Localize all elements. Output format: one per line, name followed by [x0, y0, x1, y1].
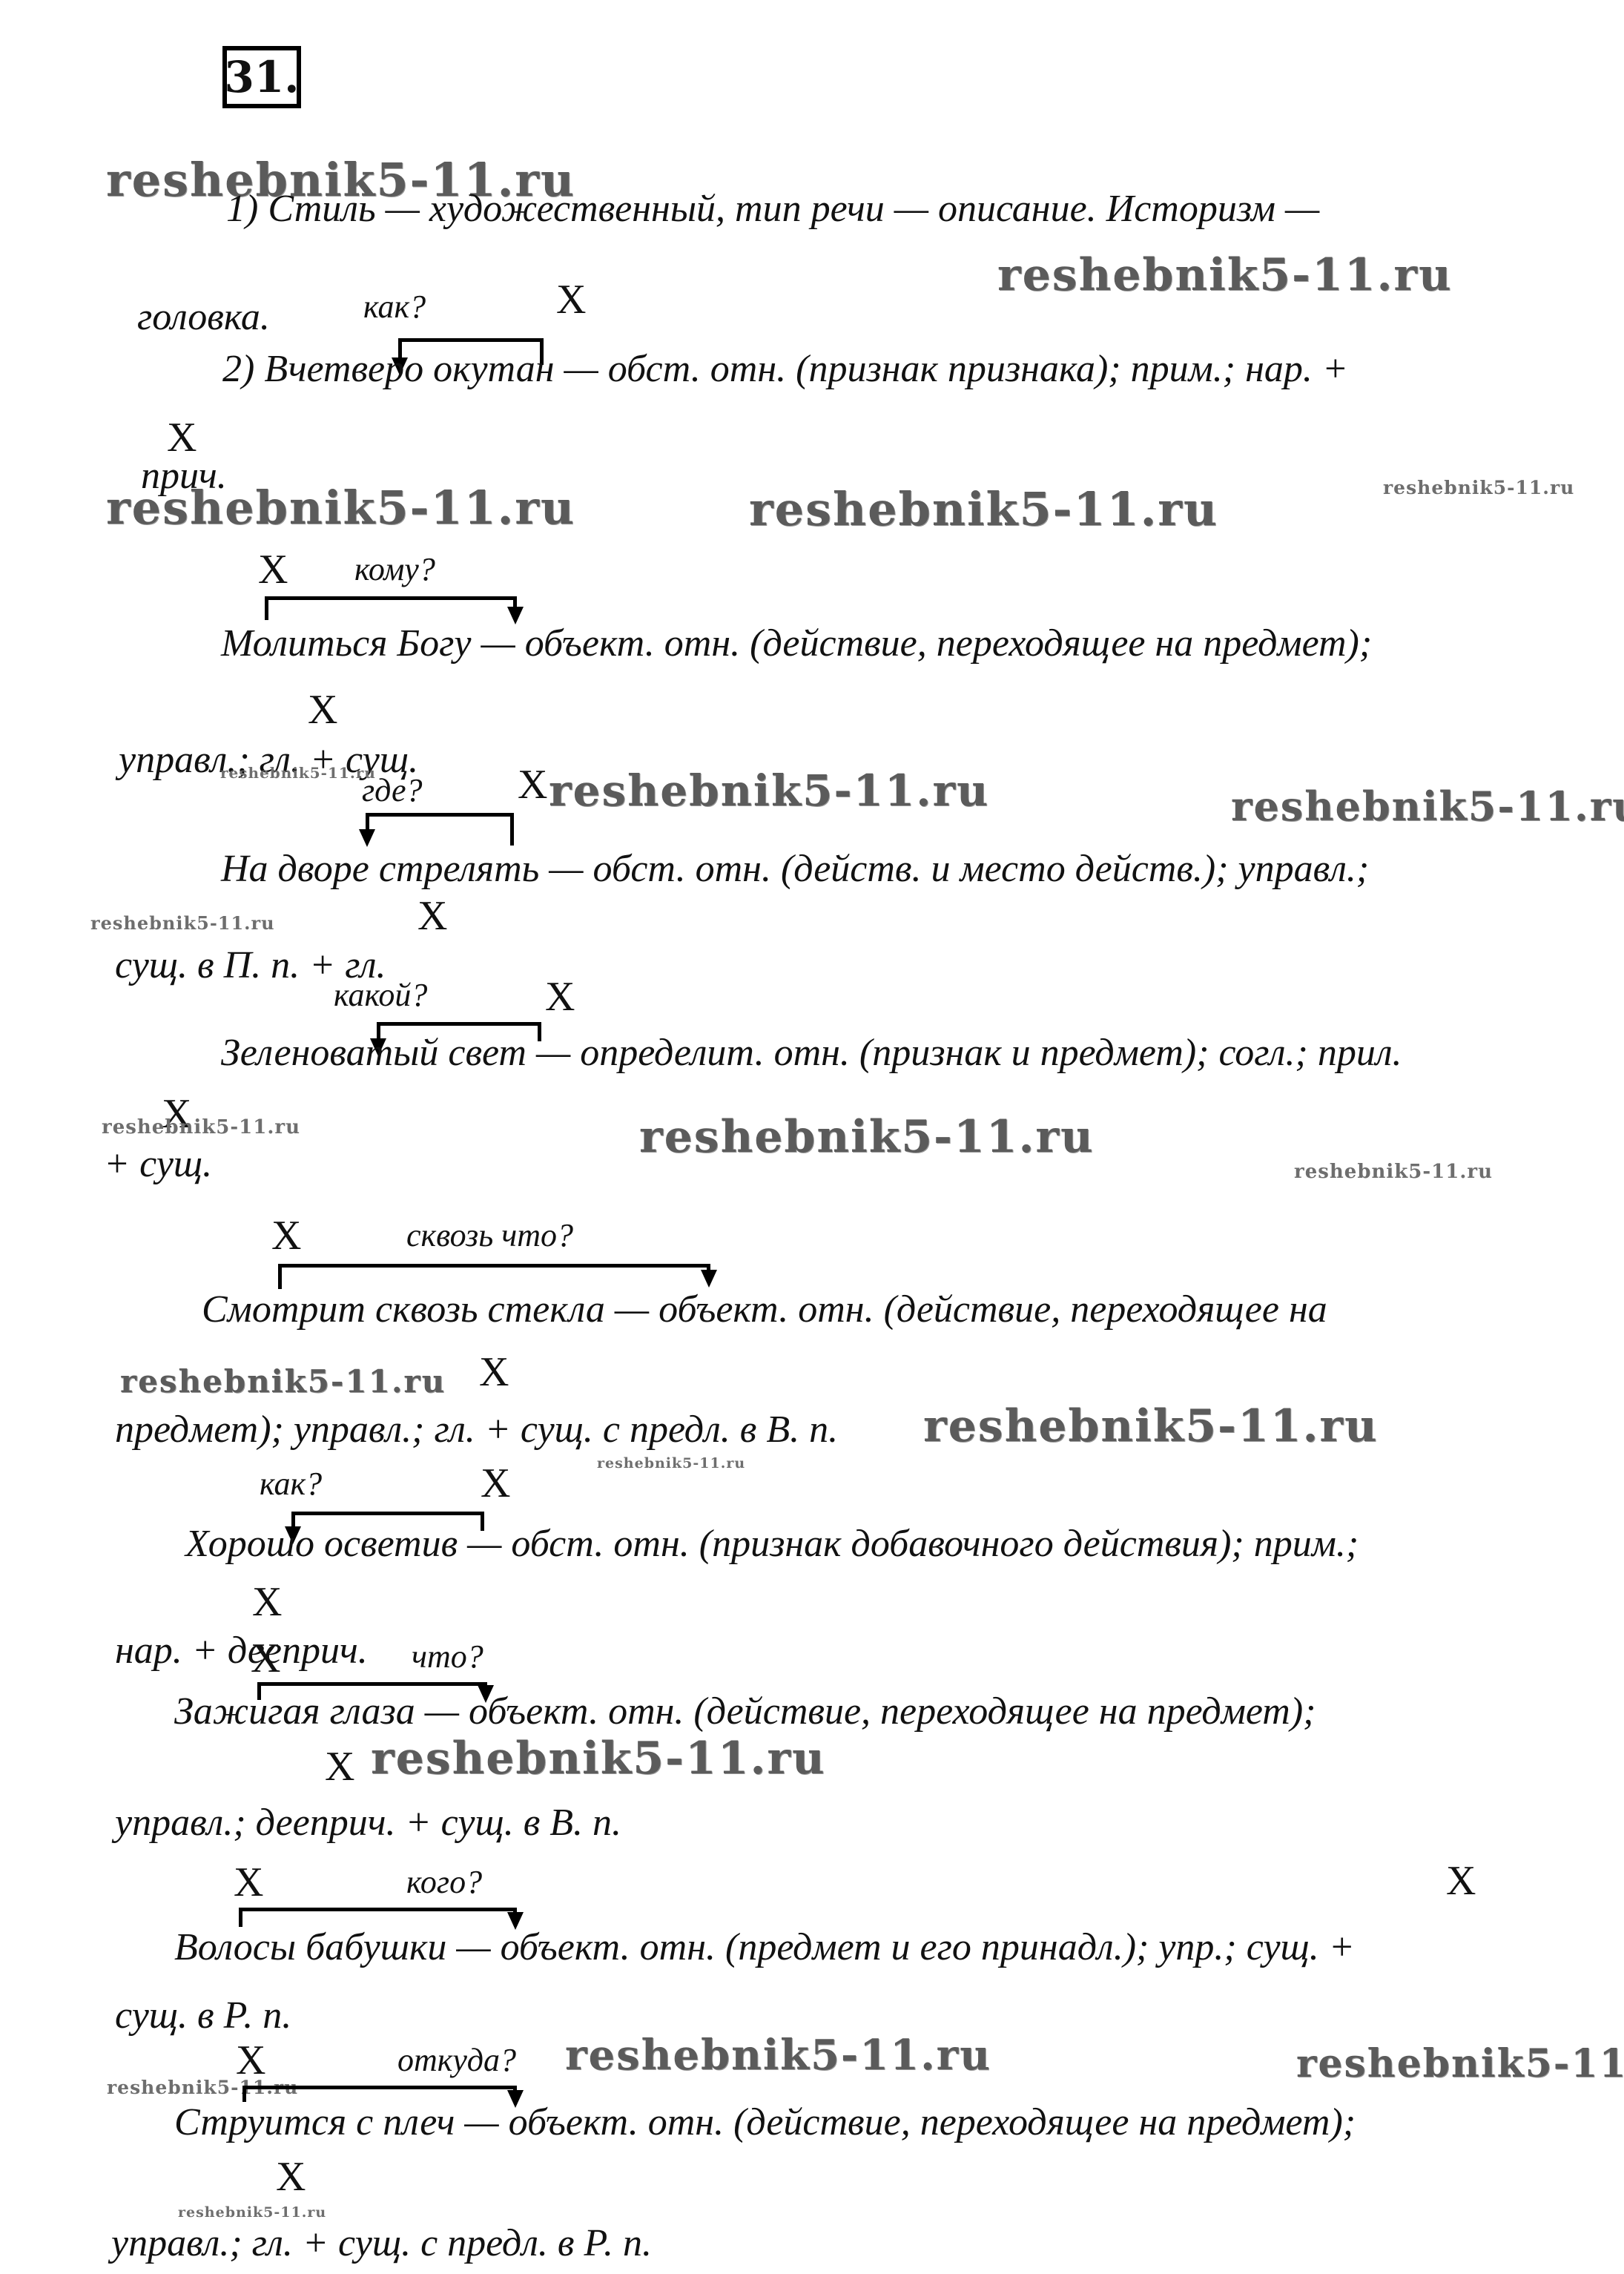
answer-line: управл.; дееприч. + сущ. в В. п. — [115, 1801, 621, 1845]
watermark: reshebnik5-11.ru — [371, 1733, 826, 1784]
watermark: reshebnik5-11.ru — [178, 2204, 326, 2221]
answer-line: управл.; гл. + сущ. с предл. в Р. п. — [111, 2221, 652, 2265]
watermark: reshebnik5-11.ru — [997, 249, 1453, 301]
head-word-marker: X — [325, 1743, 354, 1790]
head-word-marker: X — [1446, 1857, 1476, 1905]
answer-line: Струится с плеч — объект. отн. (действие… — [174, 2100, 1356, 2144]
question-label: сквозь что? — [406, 1216, 573, 1254]
head-word-marker: X — [276, 2153, 306, 2201]
head-word-marker: X — [518, 761, 547, 808]
answer-line: + сущ. — [104, 1142, 212, 1186]
question-label: откуда? — [397, 2041, 516, 2079]
head-word-marker: X — [251, 1635, 280, 1682]
watermark: reshebnik5-11.ru — [639, 1111, 1095, 1163]
answer-line: Зеленоватый свет — определит. отн. (приз… — [221, 1031, 1402, 1075]
answer-line: сущ. в Р. п. — [115, 1994, 291, 2037]
answer-line: 1) Стиль — художественный, тип речи — оп… — [226, 187, 1319, 231]
head-word-marker: X — [252, 1578, 282, 1626]
exercise-number: 31. — [225, 52, 300, 102]
answer-line: Молиться Богу — объект. отн. (действие, … — [221, 622, 1372, 665]
question-label: кому? — [354, 550, 435, 588]
question-label: какой? — [334, 976, 427, 1014]
watermark: reshebnik5-11.ru — [1294, 1161, 1493, 1183]
watermark: reshebnik5-11.ru — [565, 2031, 991, 2080]
watermark: reshebnik5-11.ru — [106, 481, 575, 535]
exercise-number-box: 31. — [222, 46, 301, 108]
head-word-marker: X — [258, 546, 288, 593]
watermark: reshebnik5-11.ru — [1383, 477, 1574, 498]
watermark: reshebnik5-11.ru — [597, 1455, 745, 1471]
answer-line: Смотрит сквозь стекла — объект. отн. (де… — [202, 1288, 1327, 1331]
watermark: reshebnik5-11.ru — [220, 764, 376, 782]
question-label: как? — [260, 1465, 322, 1503]
answer-line: Зажигая глаза — объект. отн. (действие, … — [174, 1690, 1316, 1733]
watermark: reshebnik5-11.ru — [102, 1116, 300, 1138]
answer-line: нар. + дееприч. — [115, 1629, 368, 1672]
watermark: reshebnik5-11.ru — [1296, 2041, 1624, 2086]
question-label: как? — [363, 288, 426, 326]
answer-line: Хорошо осветив — обст. отн. (признак доб… — [185, 1522, 1359, 1566]
head-word-marker: X — [479, 1348, 509, 1396]
answer-line: 2) Вчетверо окутан — обст. отн. (признак… — [222, 347, 1348, 391]
watermark: reshebnik5-11.ru — [923, 1400, 1379, 1452]
answer-line: На дворе стрелять — обст. отн. (действ. … — [221, 847, 1369, 891]
answer-line: головка. — [137, 295, 270, 339]
head-word-marker: X — [234, 1859, 263, 1906]
head-word-marker: X — [417, 892, 447, 940]
watermark: reshebnik5-11.ru — [549, 765, 989, 816]
head-word-marker: X — [481, 1460, 510, 1507]
head-word-marker: X — [308, 686, 337, 734]
solution-page: 31. reshebnik5-11.ru 1) Стиль — художест… — [0, 0, 1624, 2274]
question-label: что? — [412, 1638, 483, 1675]
head-word-marker: X — [556, 276, 586, 323]
answer-line: предмет); управл.; гл. + сущ. с предл. в… — [115, 1408, 838, 1451]
answer-line: Волосы бабушки — объект. отн. (предмет и… — [174, 1925, 1355, 1969]
question-label: где? — [362, 771, 423, 809]
watermark: reshebnik5-11.ru — [90, 912, 275, 934]
watermark: reshebnik5-11.ru — [749, 482, 1218, 536]
watermark: reshebnik5-11.ru — [1231, 782, 1624, 830]
head-word-marker: X — [271, 1212, 301, 1259]
question-label: кого? — [406, 1863, 482, 1901]
watermark: reshebnik5-11.ru — [120, 1363, 446, 1400]
head-word-marker: X — [545, 973, 575, 1021]
